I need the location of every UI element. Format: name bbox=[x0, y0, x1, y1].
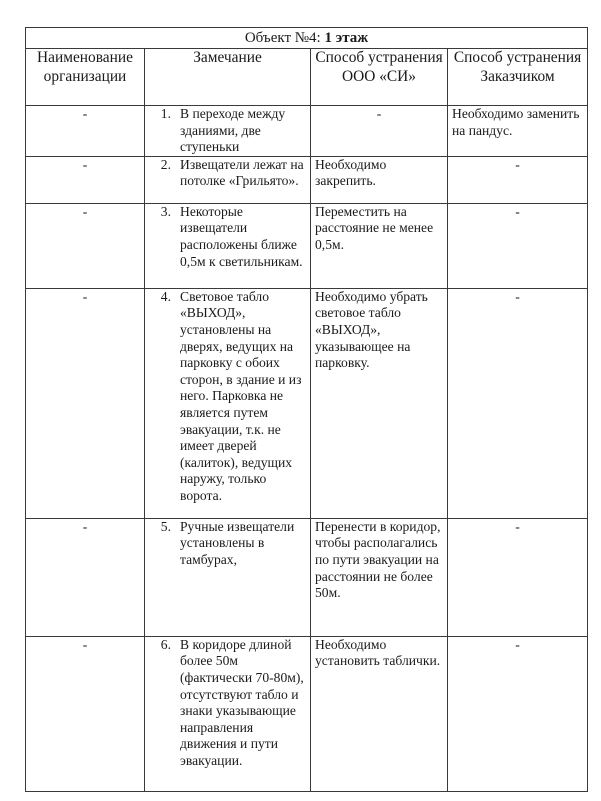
cell-remark: 5.Ручные извещатели установлены в тамбур… bbox=[145, 518, 311, 636]
cell-fix-si: Необходимо установить таблички. bbox=[311, 636, 448, 791]
remark-number: 2. bbox=[149, 157, 180, 174]
table-row: - 6.В коридоре длиной более 50м (фактиче… bbox=[26, 636, 588, 791]
remark-text: В коридоре длиной более 50м (фактически … bbox=[180, 637, 306, 770]
cell-organization: - bbox=[26, 518, 145, 636]
table-row: - 2.Извещатели лежат на потолке «Грильят… bbox=[26, 156, 588, 203]
cell-fix-customer: - bbox=[448, 203, 588, 288]
cell-remark: 1.В переходе между зданиями, две ступень… bbox=[145, 106, 311, 157]
cell-organization: - bbox=[26, 156, 145, 203]
remark-text: Ручные извещатели установлены в тамбурах… bbox=[180, 519, 306, 569]
remark-number: 6. bbox=[149, 637, 180, 654]
table-title: Объект №4: 1 этаж bbox=[26, 28, 588, 49]
header-fix-si: Способ устранения ООО «СИ» bbox=[311, 49, 448, 106]
title-floor: 1 этаж bbox=[324, 30, 368, 46]
cell-fix-si: Перенести в коридор, чтобы располагались… bbox=[311, 518, 448, 636]
cell-fix-si: Необходимо закрепить. bbox=[311, 156, 448, 203]
table-row: - 4.Световое табло «ВЫХОД», установлены … bbox=[26, 288, 588, 518]
table-row: - 3.Некоторые извещатели расположены бли… bbox=[26, 203, 588, 288]
cell-fix-customer: - bbox=[448, 156, 588, 203]
cell-organization: - bbox=[26, 106, 145, 157]
table-row: - 1.В переходе между зданиями, две ступе… bbox=[26, 106, 588, 157]
cell-remark: 2.Извещатели лежат на потолке «Грильято»… bbox=[145, 156, 311, 203]
remark-text: Световое табло «ВЫХОД», установлены на д… bbox=[180, 289, 306, 505]
cell-fix-customer: Необходимо заменить на пандус. bbox=[448, 106, 588, 157]
remark-number: 3. bbox=[149, 204, 180, 221]
cell-remark: 6.В коридоре длиной более 50м (фактическ… bbox=[145, 636, 311, 791]
remark-number: 5. bbox=[149, 519, 180, 536]
remark-text: Некоторые извещатели расположены ближе 0… bbox=[180, 204, 306, 270]
table-header-row: Наименование организации Замечание Спосо… bbox=[26, 49, 588, 106]
cell-remark: 4.Световое табло «ВЫХОД», установлены на… bbox=[145, 288, 311, 518]
table-row: - 5.Ручные извещатели установлены в тамб… bbox=[26, 518, 588, 636]
header-fix-customer: Способ устранения Заказчиком bbox=[448, 49, 588, 106]
cell-fix-customer: - bbox=[448, 518, 588, 636]
remark-text: Извещатели лежат на потолке «Грильято». bbox=[180, 157, 306, 190]
remark-text: В переходе между зданиями, две ступеньки bbox=[180, 106, 306, 156]
cell-remark: 3.Некоторые извещатели расположены ближе… bbox=[145, 203, 311, 288]
cell-fix-si: Необходимо убрать световое табло «ВЫХОД»… bbox=[311, 288, 448, 518]
table-title-row: Объект №4: 1 этаж bbox=[26, 28, 588, 49]
cell-fix-si: Переместить на расстояние не менее 0,5м. bbox=[311, 203, 448, 288]
cell-fix-customer: - bbox=[448, 636, 588, 791]
cell-fix-si: - bbox=[311, 106, 448, 157]
header-remark: Замечание bbox=[145, 49, 311, 106]
cell-organization: - bbox=[26, 636, 145, 791]
title-prefix: Объект №4: bbox=[245, 30, 325, 46]
remark-number: 4. bbox=[149, 289, 180, 306]
cell-organization: - bbox=[26, 288, 145, 518]
header-organization: Наименование организации bbox=[26, 49, 145, 106]
remark-number: 1. bbox=[149, 106, 180, 123]
cell-fix-customer: - bbox=[448, 288, 588, 518]
remarks-table: Объект №4: 1 этаж Наименование организац… bbox=[25, 27, 588, 792]
cell-organization: - bbox=[26, 203, 145, 288]
